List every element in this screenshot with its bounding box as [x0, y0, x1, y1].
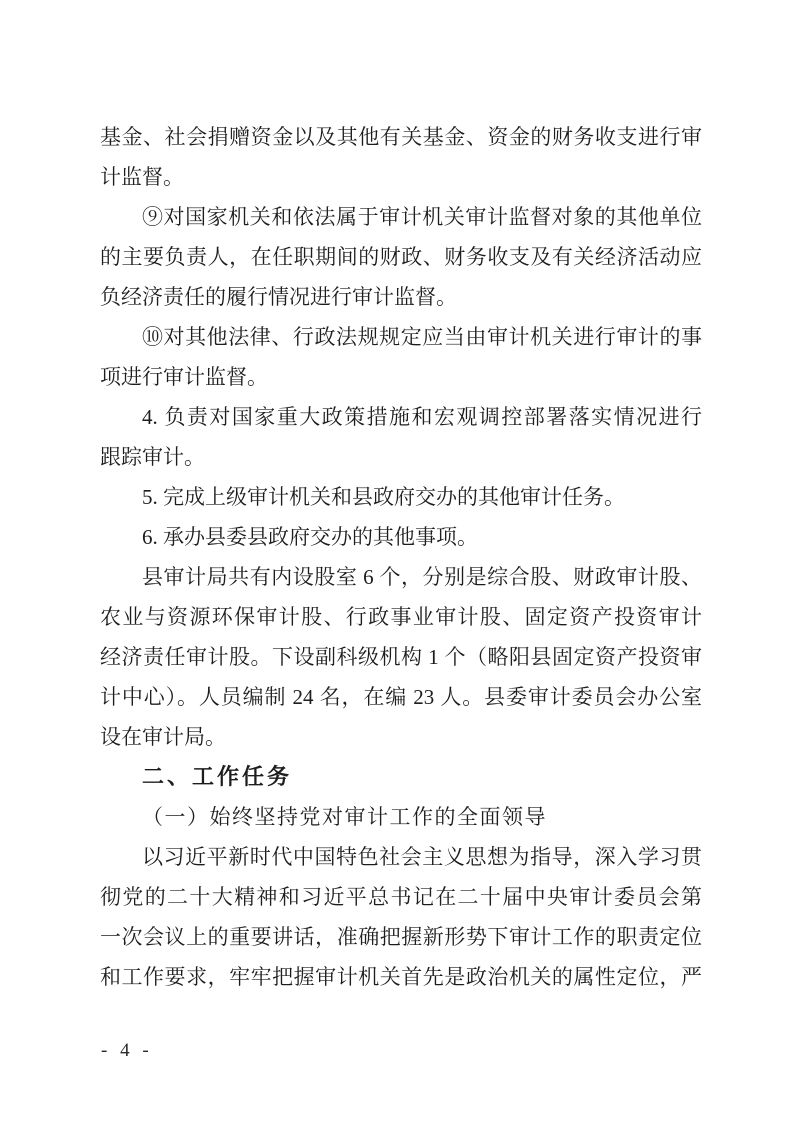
text-line: 6. 承办县委县政府交办的其他事项。: [100, 517, 702, 557]
document-page: 基金、社会捐赠资金以及其他有关基金、资金的财务收支进行审计监督。⑨对国家机关和依…: [0, 0, 793, 1122]
text-line: 跟踪审计。: [100, 437, 702, 477]
text-line: 设在审计局。: [100, 717, 702, 757]
text-line: 彻党的二十大精神和习近平总书记在二十届中央审计委员会第: [100, 877, 702, 917]
text-line: 计中心）。人员编制 24 名，在编 23 人。县委审计委员会办公室: [100, 677, 702, 717]
text-line: 农业与资源环保审计股、行政事业审计股、固定资产投资审计股、: [100, 597, 702, 637]
text-line: 项进行审计监督。: [100, 357, 702, 397]
text-line: 的主要负责人，在任职期间的财政、财务收支及有关经济活动应: [100, 237, 702, 277]
text-line: 计监督。: [100, 157, 702, 197]
text-line: ⑩对其他法律、行政法规规定应当由审计机关进行审计的事: [100, 317, 702, 357]
text-line: 负经济责任的履行情况进行审计监督。: [100, 277, 702, 317]
text-line: 和工作要求，牢牢把握审计机关首先是政治机关的属性定位，严: [100, 957, 702, 997]
text-line: 经济责任审计股。下设副科级机构 1 个（略阳县固定资产投资审: [100, 637, 702, 677]
text-line: 4. 负责对国家重大政策措施和宏观调控部署落实情况进行: [100, 397, 702, 437]
text-line: 以习近平新时代中国特色社会主义思想为指导，深入学习贯: [100, 837, 702, 877]
section-heading: 二、工作任务: [100, 757, 702, 797]
text-line: 基金、社会捐赠资金以及其他有关基金、资金的财务收支进行审: [100, 117, 702, 157]
text-line: 县审计局共有内设股室 6 个，分别是综合股、财政审计股、: [100, 557, 702, 597]
text-line: 5. 完成上级审计机关和县政府交办的其他审计任务。: [100, 477, 702, 517]
text-line: ⑨对国家机关和依法属于审计机关审计监督对象的其他单位: [100, 197, 702, 237]
page-number: - 4 -: [101, 1040, 153, 1062]
subsection-heading: （一）始终坚持党对审计工作的全面领导: [100, 797, 702, 837]
text-line: 一次会议上的重要讲话，准确把握新形势下审计工作的职责定位: [100, 917, 702, 957]
document-body: 基金、社会捐赠资金以及其他有关基金、资金的财务收支进行审计监督。⑨对国家机关和依…: [100, 117, 702, 997]
